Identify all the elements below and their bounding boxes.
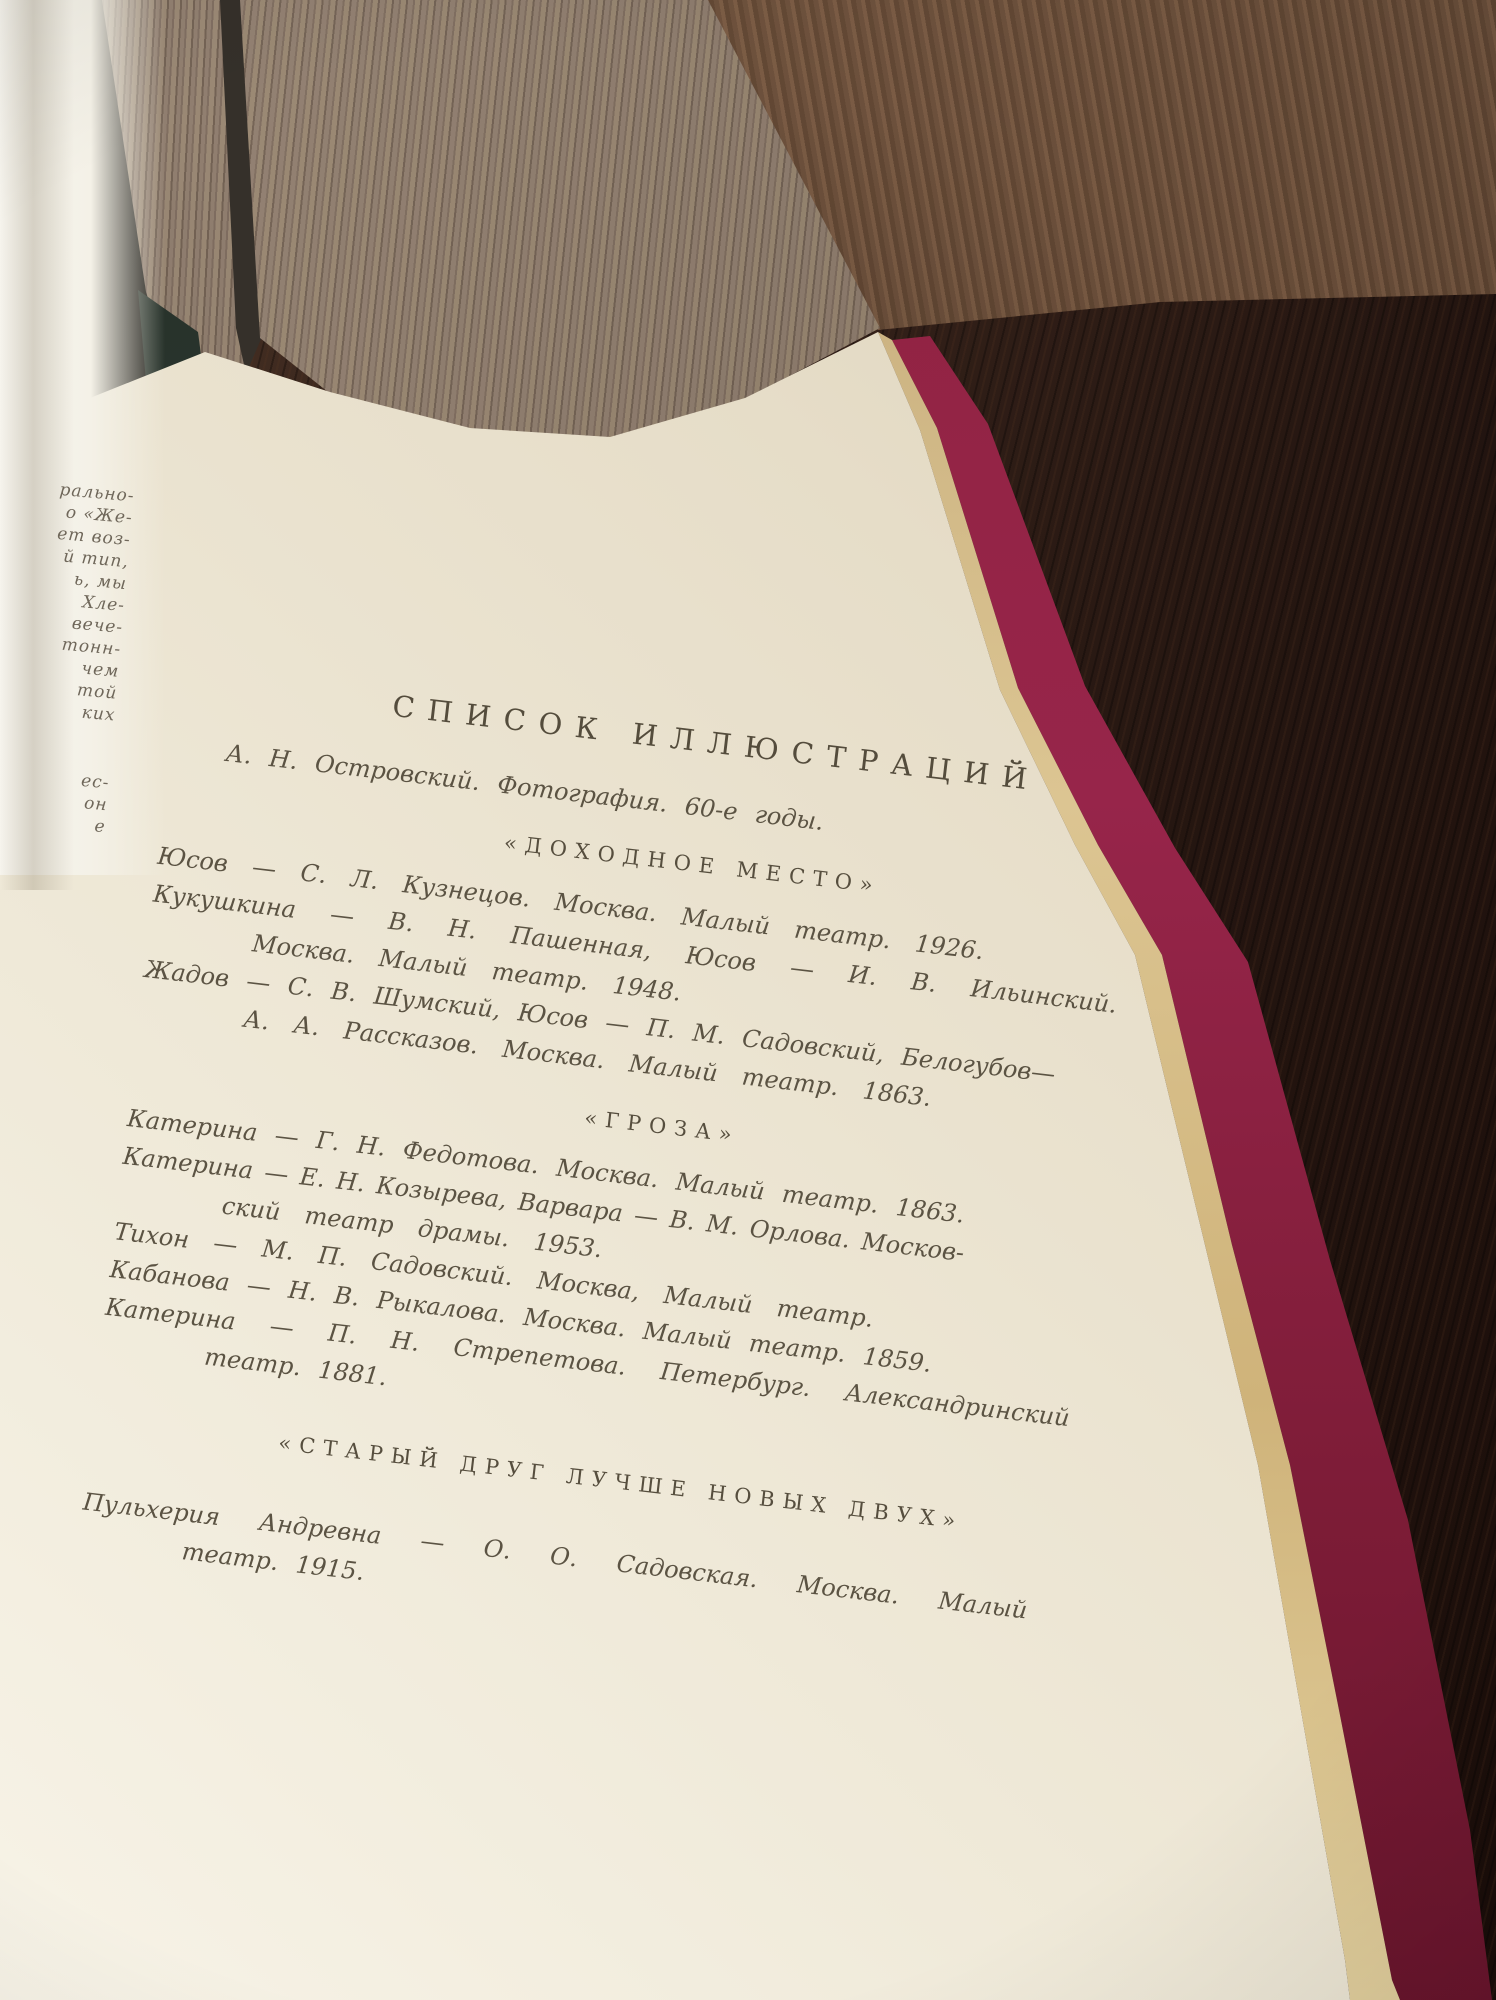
photo-scene: рально- о «Же- ет воз- й тип, ь, мы Хле-… xyxy=(0,0,1496,2000)
illustrations-list: СПИСОК ИЛЛЮСТРАЦИЙ А. Н. Островский. Фот… xyxy=(77,664,1237,1680)
